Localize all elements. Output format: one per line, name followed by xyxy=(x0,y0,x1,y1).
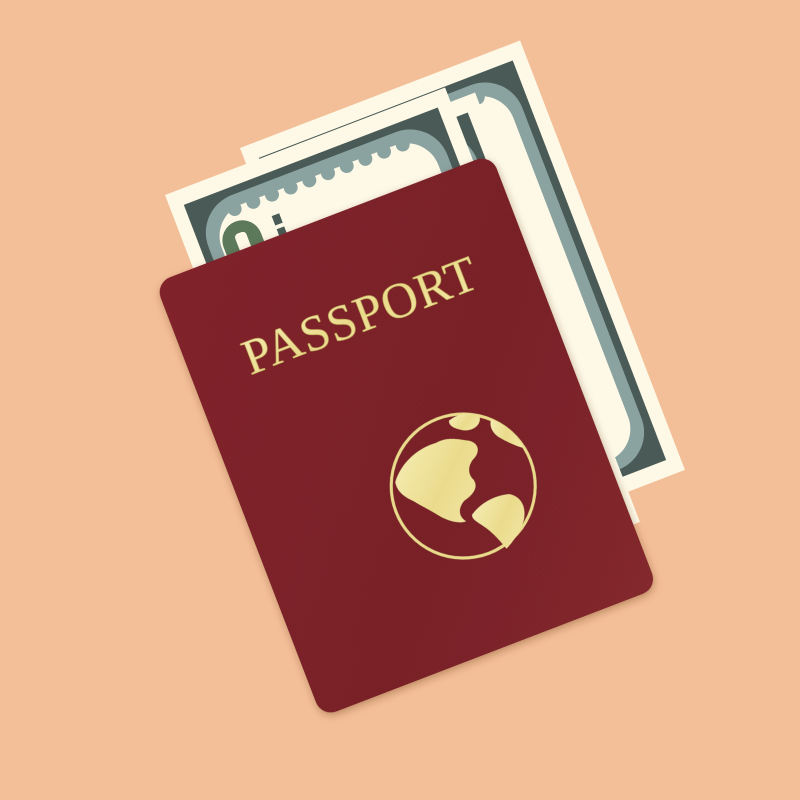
passport-illustration: PASSPORT xyxy=(0,0,800,800)
